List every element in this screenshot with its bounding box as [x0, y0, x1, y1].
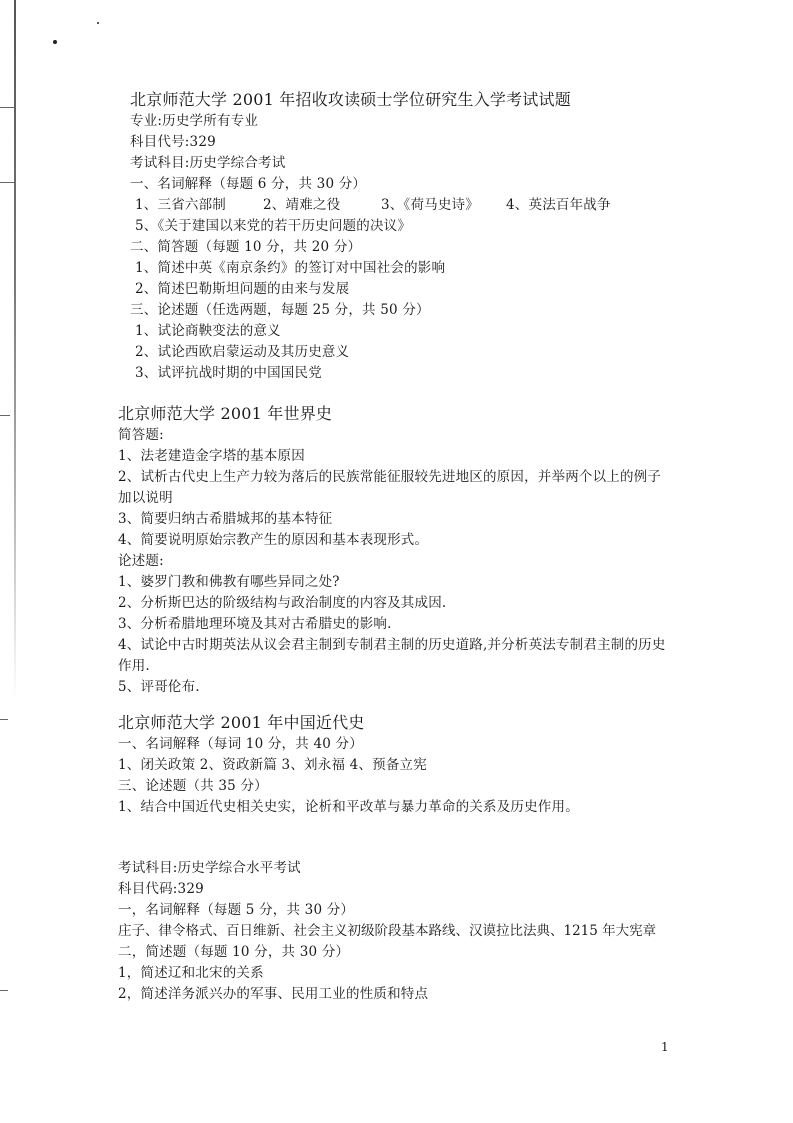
question-item: 1、结合中国近代史相关史实，论析和平改革与暴力革命的关系及历史作用。 [118, 798, 579, 816]
scan-tick-mark [0, 990, 8, 991]
term-item: 2、靖难之役 [263, 196, 340, 214]
part-heading: 一，名词解释（每题 5 分，共 30 分） [118, 901, 354, 919]
term-item: 3、《荷马史诗》 [381, 196, 479, 214]
section-title: 北京师范大学 2001 年世界史 [118, 404, 332, 424]
section-title: 北京师范大学 2001 年中国近代史 [118, 713, 365, 733]
question-item: 3、试评抗战时期的中国国民党 [135, 364, 322, 382]
part-heading: 三、论述题（任选两题，每题 25 分，共 50 分） [130, 301, 430, 319]
question-item: 3、分析希腊地理环境及其对古希腊史的影响. [118, 615, 392, 633]
term-item: 5、《关于建国以来党的若干历史问题的决议》 [135, 217, 411, 235]
part-heading: 一、名词解释（每词 10 分，共 40 分） [118, 735, 363, 753]
question-item-continued: 加以说明 [118, 489, 173, 507]
scan-edge-line [14, 0, 16, 700]
subject-code: 科目代号:329 [130, 133, 216, 151]
scan-speck [53, 40, 57, 44]
subject-label: 考试科目:历史学综合考试 [130, 154, 285, 172]
question-item: 1、简述中英《南京条约》的签订对中国社会的影响 [135, 259, 445, 277]
major-label: 专业:历史学所有专业 [130, 112, 258, 130]
section-title: 北京师范大学 2001 年招收攻读硕士学位研究生入学考试试题 [130, 90, 571, 110]
question-item: 2，简述洋务派兴办的军事、民用工业的性质和特点 [118, 985, 428, 1003]
part-heading: 简答题: [118, 426, 164, 444]
term-item: 4、英法百年战争 [506, 196, 611, 214]
part-heading: 二，简述题（每题 10 分，共 30 分） [118, 943, 349, 961]
scan-tick-mark [0, 182, 15, 183]
question-item: 1、试论商鞅变法的意义 [135, 322, 281, 340]
page-number: 1 [661, 1040, 669, 1054]
scan-tick-mark [0, 415, 10, 416]
question-item: 2、试析古代史上生产力较为落后的民族常能征服较先进地区的原因，并举两个以上的例子 [118, 468, 661, 486]
question-item: 2、试论西欧启蒙运动及其历史意义 [135, 343, 349, 361]
question-item: 1、法老建造金字塔的基本原因 [118, 447, 305, 465]
part-heading: 二、简答题（每题 10 分，共 20 分） [130, 238, 361, 256]
question-item: 2、分析斯巴达的阶级结构与政治制度的内容及其成因. [118, 594, 446, 612]
scan-tick-mark [0, 107, 15, 108]
scan-speck [97, 22, 99, 24]
subject-label: 考试科目:历史学综合水平考试 [118, 859, 301, 877]
question-item: 4、简要说明原始宗教产生的原因和基本表现形式。 [118, 531, 428, 549]
question-item: 1，简述辽和北宋的关系 [118, 964, 264, 982]
question-item: 3、简要归纳古希腊城邦的基本特征 [118, 510, 332, 528]
part-heading: 一、名词解释（每题 6 分，共 30 分） [130, 175, 366, 193]
question-item: 2、简述巴勒斯坦问题的由来与发展 [135, 280, 349, 298]
part-heading: 三、论述题（共 35 分） [118, 777, 268, 795]
subject-code: 科目代码:329 [118, 880, 204, 898]
term-item: 1、三省六部制 [135, 196, 226, 214]
scan-tick-mark [0, 719, 8, 720]
term-items: 1、闭关政策 2、资政新篇 3、刘永福 4、预备立宪 [118, 756, 427, 774]
term-items: 庄子、律令格式、百日维新、社会主义初级阶段基本路线、汉谟拉比法典、1215 年大… [118, 922, 656, 940]
part-heading: 论述题: [118, 552, 164, 570]
question-item: 1、婆罗门教和佛教有哪些异同之处? [118, 573, 340, 591]
question-item: 4、试论中古时期英法从议会君主制到专制君主制的历史道路,并分析英法专制君主制的历… [118, 636, 666, 654]
question-item-continued: 作用. [118, 657, 150, 675]
question-item: 5、评哥伦布. [118, 678, 200, 696]
